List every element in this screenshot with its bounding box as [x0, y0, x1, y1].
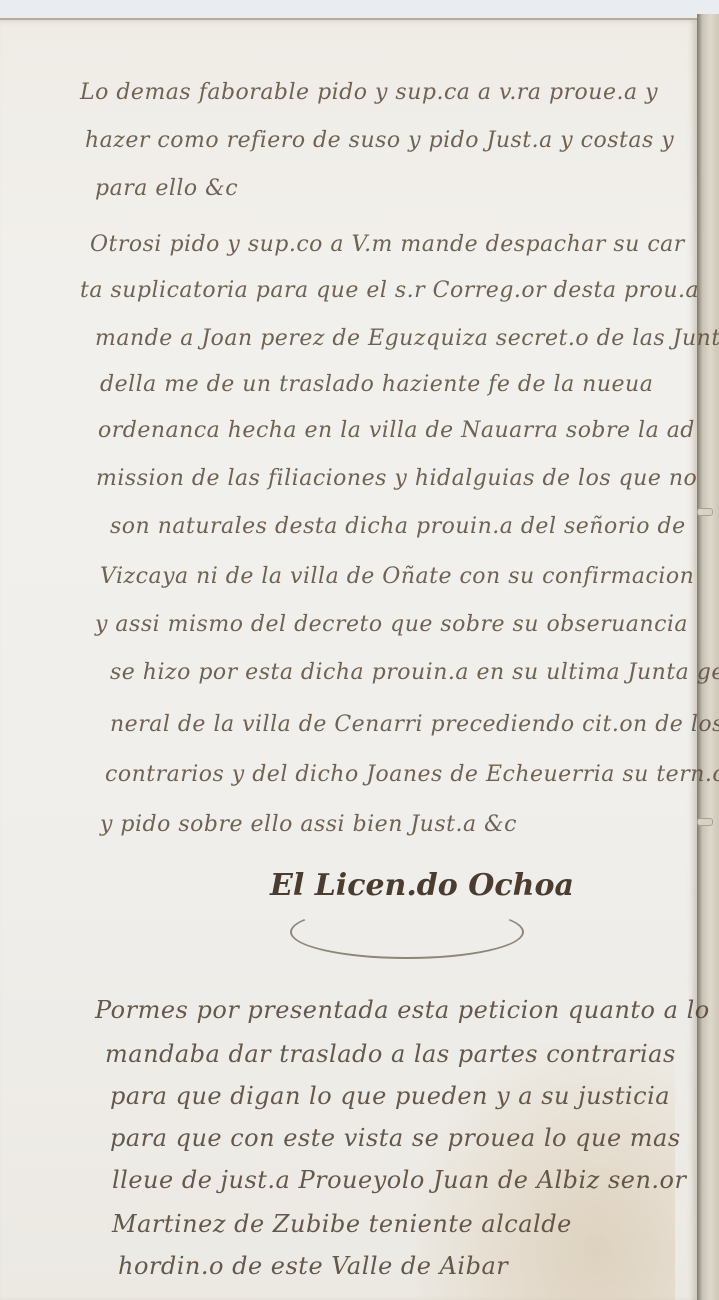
text-line: son naturales desta dicha prouin.a del s… — [110, 514, 686, 539]
text-line: hazer como refiero de suso y pido Just.a… — [85, 128, 674, 153]
text-line: mande a Joan perez de Eguzquiza secret.o… — [95, 326, 719, 351]
binding-stitch — [697, 818, 713, 826]
text-line: mandaba dar traslado a las partes contra… — [105, 1040, 676, 1068]
text-line: della me de un traslado haziente fe de l… — [100, 372, 653, 397]
text-line: neral de la villa de Cenarri precediendo… — [110, 712, 719, 737]
text-line: y assi mismo del decreto que sobre su ob… — [95, 612, 688, 637]
text-line: contrarios y del dicho Joanes de Echeuer… — [105, 762, 719, 787]
text-line: ordenanca hecha en la villa de Nauarra s… — [98, 418, 695, 443]
signature: El Licen.do Ochoa — [270, 868, 574, 903]
text-line: mission de las filiaciones y hidalguias … — [96, 466, 697, 491]
text-line: se hizo por esta dicha prouin.a en su ul… — [110, 660, 719, 685]
text-line: Vizcaya ni de la villa de Oñate con su c… — [100, 564, 694, 589]
binding-stitch — [697, 508, 713, 516]
text-line: para ello &c — [95, 176, 238, 201]
signature-flourish — [290, 905, 524, 959]
text-line: Martinez de Zubibe teniente alcalde — [112, 1210, 572, 1238]
text-line: ta suplicatoria para que el s.r Correg.o… — [80, 278, 699, 303]
text-line: Lo demas faborable pido y sup.ca a v.ra … — [80, 80, 658, 105]
text-line: Pormes por presentada esta peticion quan… — [95, 996, 719, 1024]
text-line: para que con este vista se prouea lo que… — [110, 1124, 681, 1152]
adjacent-page-edge — [697, 14, 719, 1300]
text-line: lleue de just.a Proueyolo Juan de Albiz … — [112, 1166, 686, 1194]
text-line: Otrosi pido y sup.co a V.m mande despach… — [90, 232, 685, 257]
text-line: hordin.o de este Valle de Aibar — [118, 1252, 508, 1280]
text-line: y pido sobre ello assi bien Just.a &c — [100, 812, 517, 837]
text-line: para que digan lo que pueden y a su just… — [110, 1082, 670, 1110]
